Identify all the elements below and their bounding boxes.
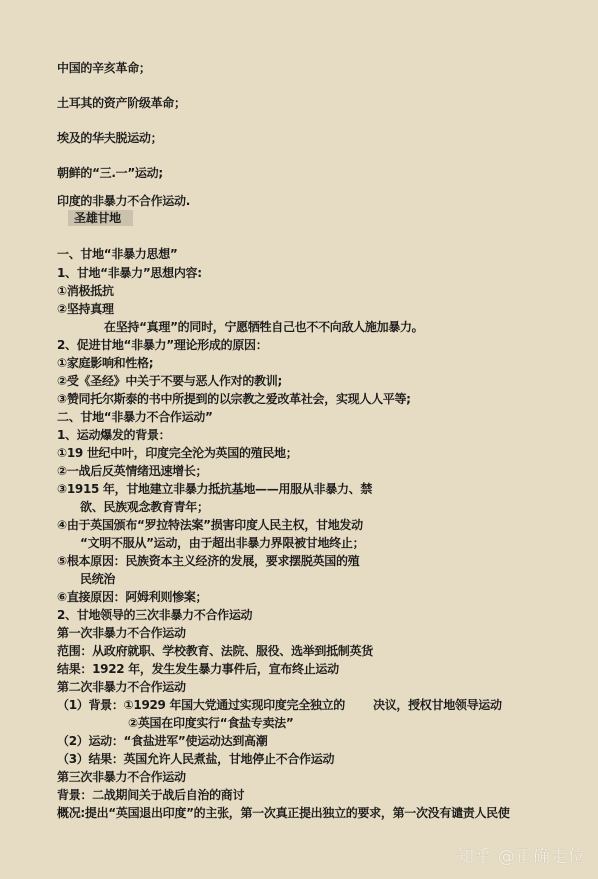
section1-sub1: 1、甘地“非暴力”思想内容:	[57, 265, 202, 281]
intro-line: 朝鲜的“三.一”运动;	[57, 165, 163, 181]
zhihu-watermark: 知乎 @正确走位	[457, 842, 585, 867]
list-item: ②受《圣经》中关于不要与恶人作对的教训;	[57, 373, 282, 389]
note-line: 在坚持“真理”的同时，宁愿牺牲自己也不不向敌人施加暴力。	[104, 319, 423, 335]
list-item: ①19 世纪中叶，印度完全沦为英国的殖民地；	[57, 445, 297, 461]
section1-title: 一、甘地“非暴力思想”	[57, 246, 177, 262]
second-movement-bg1-cont: 决议，授权甘地领导运动	[373, 697, 502, 713]
second-movement-title: 第二次非暴力不合作运动	[57, 679, 186, 695]
list-item: ②坚持真理	[57, 301, 114, 317]
intro-line: 埃及的华夫脱运动；	[57, 130, 162, 146]
second-movement-action: （2）运动：“食盐进军”使运动达到高潮	[57, 733, 267, 749]
intro-line: 土耳其的资产阶级革命；	[57, 95, 186, 111]
first-movement-result: 结果：1922 年，发生发生暴力事件后，宣布终止运动	[57, 661, 339, 677]
third-movement-title: 第三次非暴力不合作运动	[57, 769, 186, 785]
list-item: ④由于英国颁布“罗拉特法案”损害印度人民主权，甘地发动	[57, 517, 363, 533]
second-movement-bg2: ②英国在印度实行“食盐专卖法”	[128, 715, 293, 731]
third-movement-bg: 背景：二战期间关于战后自治的商讨	[57, 787, 244, 803]
list-item: ⑥直接原因：阿姆利则惨案；	[57, 589, 207, 605]
list-item: ①消极抵抗	[57, 283, 114, 299]
intro-line: 印度的非暴力不合作运动.	[57, 193, 190, 209]
list-item-cont: 欲、民族观念教育青年；	[80, 499, 209, 515]
section2-sub2: 2、甘地领导的三次非暴力不合作运动	[57, 607, 252, 623]
list-item: ①家庭影响和性格;	[57, 355, 153, 371]
highlight-name: 圣雄甘地	[68, 210, 133, 226]
intro-line: 中国的辛亥革命；	[57, 60, 151, 76]
list-item-cont: “文明不服从”运动，由于超出非暴力界限被甘地终止；	[80, 535, 364, 551]
list-item-cont: 民统治	[80, 571, 115, 587]
list-item: ⑤根本原因：民族资本主义经济的发展，要求摆脱英国的殖	[57, 553, 359, 569]
second-movement-bg1: （1）背景：①1929 年国大党通过实现印度完全独立的	[57, 697, 345, 713]
section2-sub1: 1、运动爆发的背景：	[57, 427, 170, 443]
third-movement-overview: 概况:提出“英国退出印度”的主张，第一次真正提出独立的要求，第一次没有谴责人民使	[57, 805, 510, 821]
second-movement-result: （3）结果：英国允许人民煮盐，甘地停止不合作运动	[57, 751, 334, 767]
list-item: ③1915 年，甘地建立非暴力抵抗基地——用服从非暴力、禁	[57, 481, 372, 497]
list-item: ②一战后反英情绪迅速增长；	[57, 463, 207, 479]
section1-sub2: 2、促进甘地“非暴力”理论形成的原因：	[57, 337, 267, 353]
first-movement-title: 第一次非暴力不合作运动	[57, 625, 186, 641]
first-movement-scope: 范围：从政府就职、学校教育、法院、服役、选举到抵制英货	[57, 643, 373, 659]
section2-title: 二、甘地“非暴力不合作运动”	[57, 409, 213, 425]
list-item: ③赞同托尔斯泰的书中所提到的以宗教之爱改革社会，实现人人平等;	[57, 391, 411, 407]
